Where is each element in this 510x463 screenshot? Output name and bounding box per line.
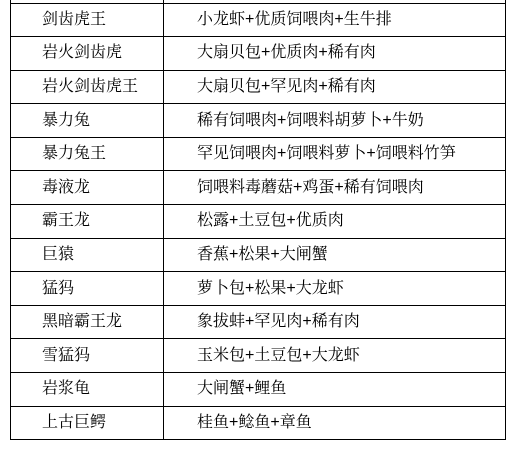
food-recipe-cell: 松露+土豆包+优质肉	[164, 205, 506, 239]
table-row: 雪猛犸 玉米包+土豆包+大龙虾	[11, 339, 506, 373]
table-row: 岩浆龟 大闸蟹+鲤鱼	[11, 373, 506, 407]
table-row: 黑暗霸王龙 象拔蚌+罕见肉+稀有肉	[11, 305, 506, 339]
creature-name-cell: 霸王龙	[11, 205, 164, 239]
food-recipe-cell: 大扇贝包+罕见肉+稀有肉	[164, 70, 506, 104]
creature-name-cell: 岩火剑齿虎	[11, 37, 164, 71]
food-recipe-cell: 香蕉+松果+大闸蟹	[164, 238, 506, 272]
table-row: 巨猿 香蕉+松果+大闸蟹	[11, 238, 506, 272]
creature-name-cell: 猛犸	[11, 272, 164, 306]
table-row: 暴力兔 稀有饲喂肉+饲喂料胡萝卜+牛奶	[11, 104, 506, 138]
creature-name-cell: 巨猿	[11, 238, 164, 272]
food-recipe-cell: 罕见饲喂肉+饲喂料萝卜+饲喂料竹笋	[164, 137, 506, 171]
taming-food-table: 剑齿虎王 小龙虾+优质饲喂肉+生牛排 岩火剑齿虎 大扇贝包+优质肉+稀有肉 岩火…	[10, 0, 506, 440]
creature-name-cell: 雪猛犸	[11, 339, 164, 373]
table-row: 岩火剑齿虎王 大扇贝包+罕见肉+稀有肉	[11, 70, 506, 104]
food-recipe-cell: 桂鱼+鲶鱼+章鱼	[164, 406, 506, 440]
creature-name-cell: 毒液龙	[11, 171, 164, 205]
creature-name-cell: 剑齿虎王	[11, 3, 164, 37]
table-row: 上古巨鳄 桂鱼+鲶鱼+章鱼	[11, 406, 506, 440]
food-recipe-cell: 小龙虾+优质饲喂肉+生牛排	[164, 3, 506, 37]
creature-name-cell: 暴力兔	[11, 104, 164, 138]
food-recipe-cell: 玉米包+土豆包+大龙虾	[164, 339, 506, 373]
creature-name-cell: 黑暗霸王龙	[11, 305, 164, 339]
table-row: 毒液龙 饲喂料毒蘑菇+鸡蛋+稀有饲喂肉	[11, 171, 506, 205]
table-row: 猛犸 萝卜包+松果+大龙虾	[11, 272, 506, 306]
food-recipe-cell: 稀有饲喂肉+饲喂料胡萝卜+牛奶	[164, 104, 506, 138]
food-recipe-cell: 大扇贝包+优质肉+稀有肉	[164, 37, 506, 71]
taming-table-page: 剑齿虎王 小龙虾+优质饲喂肉+生牛排 岩火剑齿虎 大扇贝包+优质肉+稀有肉 岩火…	[0, 0, 510, 463]
creature-name-cell: 岩浆龟	[11, 373, 164, 407]
creature-name-cell: 上古巨鳄	[11, 406, 164, 440]
creature-name-cell: 岩火剑齿虎王	[11, 70, 164, 104]
food-recipe-cell: 象拔蚌+罕见肉+稀有肉	[164, 305, 506, 339]
food-recipe-cell: 大闸蟹+鲤鱼	[164, 373, 506, 407]
food-recipe-cell: 萝卜包+松果+大龙虾	[164, 272, 506, 306]
table-row: 岩火剑齿虎 大扇贝包+优质肉+稀有肉	[11, 37, 506, 71]
table-row: 霸王龙 松露+土豆包+优质肉	[11, 205, 506, 239]
food-recipe-cell: 饲喂料毒蘑菇+鸡蛋+稀有饲喂肉	[164, 171, 506, 205]
creature-name-cell: 暴力兔王	[11, 137, 164, 171]
table-row: 暴力兔王 罕见饲喂肉+饲喂料萝卜+饲喂料竹笋	[11, 137, 506, 171]
table-row: 剑齿虎王 小龙虾+优质饲喂肉+生牛排	[11, 3, 506, 37]
